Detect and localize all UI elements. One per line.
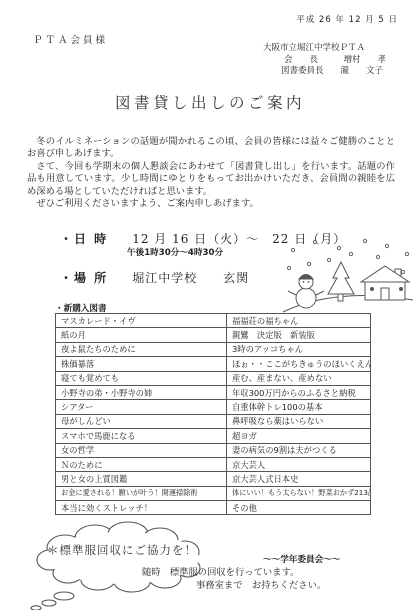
- book-title-cell: 産む、産まない、産めない: [227, 371, 371, 385]
- book-title-cell: 福福荘の福ちゃん: [227, 314, 371, 328]
- book-title-cell: その他: [227, 501, 371, 515]
- place-value: 堀江中学校 玄関: [132, 271, 249, 285]
- snowflakes-icon: [287, 239, 408, 273]
- sender-org: 大阪市立堀江中学校ＰＴＡ: [263, 43, 386, 55]
- book-title-cell: 鼻呼吸なら薬はいらない: [227, 414, 371, 428]
- book-title-cell: 妻の病気の9割は夫がつくる: [227, 443, 371, 457]
- new-books-table: マスカレード・イヴ福福荘の福ちゃん紙の月親鸞 決定版 新装版夜よ鼠たちのために3…: [55, 313, 371, 515]
- table-row: 男と女の上質図鑑京大芸人式日本史: [56, 472, 371, 486]
- book-title-cell: 体にいい！もう太らない！野菜おかず213品: [227, 486, 371, 500]
- book-title-cell: 京大芸人式日本史: [227, 472, 371, 486]
- table-row: スマホで馬鹿になる超ヨガ: [56, 429, 371, 443]
- place-label: ・場 所: [60, 271, 108, 285]
- body-paragraph: 冬のイルミネーションの話題が聞かれるこの頃、会員の皆様には益々ご健勝のこととお喜…: [27, 136, 395, 161]
- table-row: お金に愛される！願いが叶う！開運掃除術体にいい！もう太らない！野菜おかず213品: [56, 486, 371, 500]
- page-title: 図書貸し出しのご案内: [0, 91, 420, 113]
- book-title-cell: 紙の月: [56, 328, 227, 342]
- table-row: 紙の月親鸞 決定版 新装版: [56, 328, 371, 342]
- place-row: ・場 所堀江中学校 玄関: [60, 267, 249, 286]
- sender-block: 大阪市立堀江中学校ＰＴＡ 会 長 増村 孝 図書委員長 瀧 文子: [263, 43, 386, 78]
- tree-icon: [328, 262, 354, 301]
- bubble-text: ＊標準服回収にご協力を！: [47, 542, 197, 558]
- sender-librarian: 図書委員長 瀧 文子: [263, 66, 386, 78]
- table-row: 本当に効くストレッチ！その他: [56, 501, 371, 515]
- book-title-cell: 親鸞 決定版 新装版: [227, 328, 371, 342]
- book-title-cell: マスカレード・イヴ: [56, 314, 227, 328]
- table-row: シアター自重体幹トレ100の基本: [56, 400, 371, 414]
- footer-note-line2: 事務室まで お持ちください。: [196, 577, 326, 591]
- table-row: 女の哲学妻の病気の9割は夫がつくる: [56, 443, 371, 457]
- book-title-cell: 寝ても覚めても: [56, 371, 227, 385]
- books-table-body: マスカレード・イヴ福福荘の福ちゃん紙の月親鸞 決定版 新装版夜よ鼠たちのために3…: [56, 314, 371, 515]
- book-title-cell: 女の哲学: [56, 443, 227, 457]
- sender-president: 会 長 増村 孝: [263, 55, 386, 67]
- book-title-cell: 自重体幹トレ100の基本: [227, 400, 371, 414]
- book-title-cell: 京大芸人: [227, 457, 371, 471]
- book-title-cell: 小野寺の弟・小野寺の姉: [56, 385, 227, 399]
- book-title-cell: Ｎのために: [56, 457, 227, 471]
- issue-date: 平成 26 年 12 月 5 日: [296, 13, 398, 25]
- book-title-cell: 3時のアッコちゃん: [227, 342, 371, 356]
- book-title-cell: 株価暴落: [56, 357, 227, 371]
- book-title-cell: 本当に効くストレッチ！: [56, 501, 227, 515]
- body-paragraph: さて、今回も学期末の個人懇談会にあわせて「図書貸し出し」を行います。話題の作品も…: [27, 161, 395, 198]
- table-row: 母がしんどい鼻呼吸なら薬はいらない: [56, 414, 371, 428]
- time-value: 午後1時30分～4時30分: [127, 246, 223, 258]
- book-title-cell: シアター: [56, 400, 227, 414]
- book-title-cell: スマホで馬鹿になる: [56, 429, 227, 443]
- book-title-cell: 男と女の上質図鑑: [56, 472, 227, 486]
- datetime-label: ・日 時: [60, 232, 108, 246]
- recipient: ＰＴＡ会員様: [33, 32, 108, 46]
- table-row: 株価暴落ほぉ・・ここがちきゅうのほいくえんか: [56, 357, 371, 371]
- table-row: マスカレード・イヴ福福荘の福ちゃん: [56, 314, 371, 328]
- table-row: 小野寺の弟・小野寺の姉年収300万円からのふるさと納税: [56, 385, 371, 399]
- document-page: 平成 26 年 12 月 5 日 ＰＴＡ会員様 大阪市立堀江中学校ＰＴＡ 会 長…: [0, 0, 420, 610]
- body-paragraph: ぜひご利用くださいますよう、ご案内申しあげます。: [27, 198, 395, 210]
- body-text: 冬のイルミネーションの話題が聞かれるこの頃、会員の皆様には益々ご健勝のこととお喜…: [27, 136, 395, 210]
- winter-scene-illustration: [281, 236, 415, 316]
- uniform-callout: ＊標準服回収にご協力を！: [20, 516, 220, 610]
- book-title-cell: 超ヨガ: [227, 429, 371, 443]
- thought-cloud-icon: [20, 516, 220, 610]
- book-title-cell: お金に愛される！願いが叶う！開運掃除術: [56, 486, 227, 500]
- book-title-cell: 母がしんどい: [56, 414, 227, 428]
- snowman-icon: [288, 275, 324, 309]
- table-row: 夜よ鼠たちのために3時のアッコちゃん: [56, 342, 371, 356]
- table-row: 寝ても覚めても産む、産まない、産めない: [56, 371, 371, 385]
- book-title-cell: 夜よ鼠たちのために: [56, 342, 227, 356]
- book-title-cell: 年収300万円からのふるさと納税: [227, 385, 371, 399]
- table-row: Ｎのために京大芸人: [56, 457, 371, 471]
- footer-note-line1: 随時 標準服の回収を行っています。: [142, 564, 299, 578]
- book-title-cell: ほぉ・・ここがちきゅうのほいくえんか: [227, 357, 371, 371]
